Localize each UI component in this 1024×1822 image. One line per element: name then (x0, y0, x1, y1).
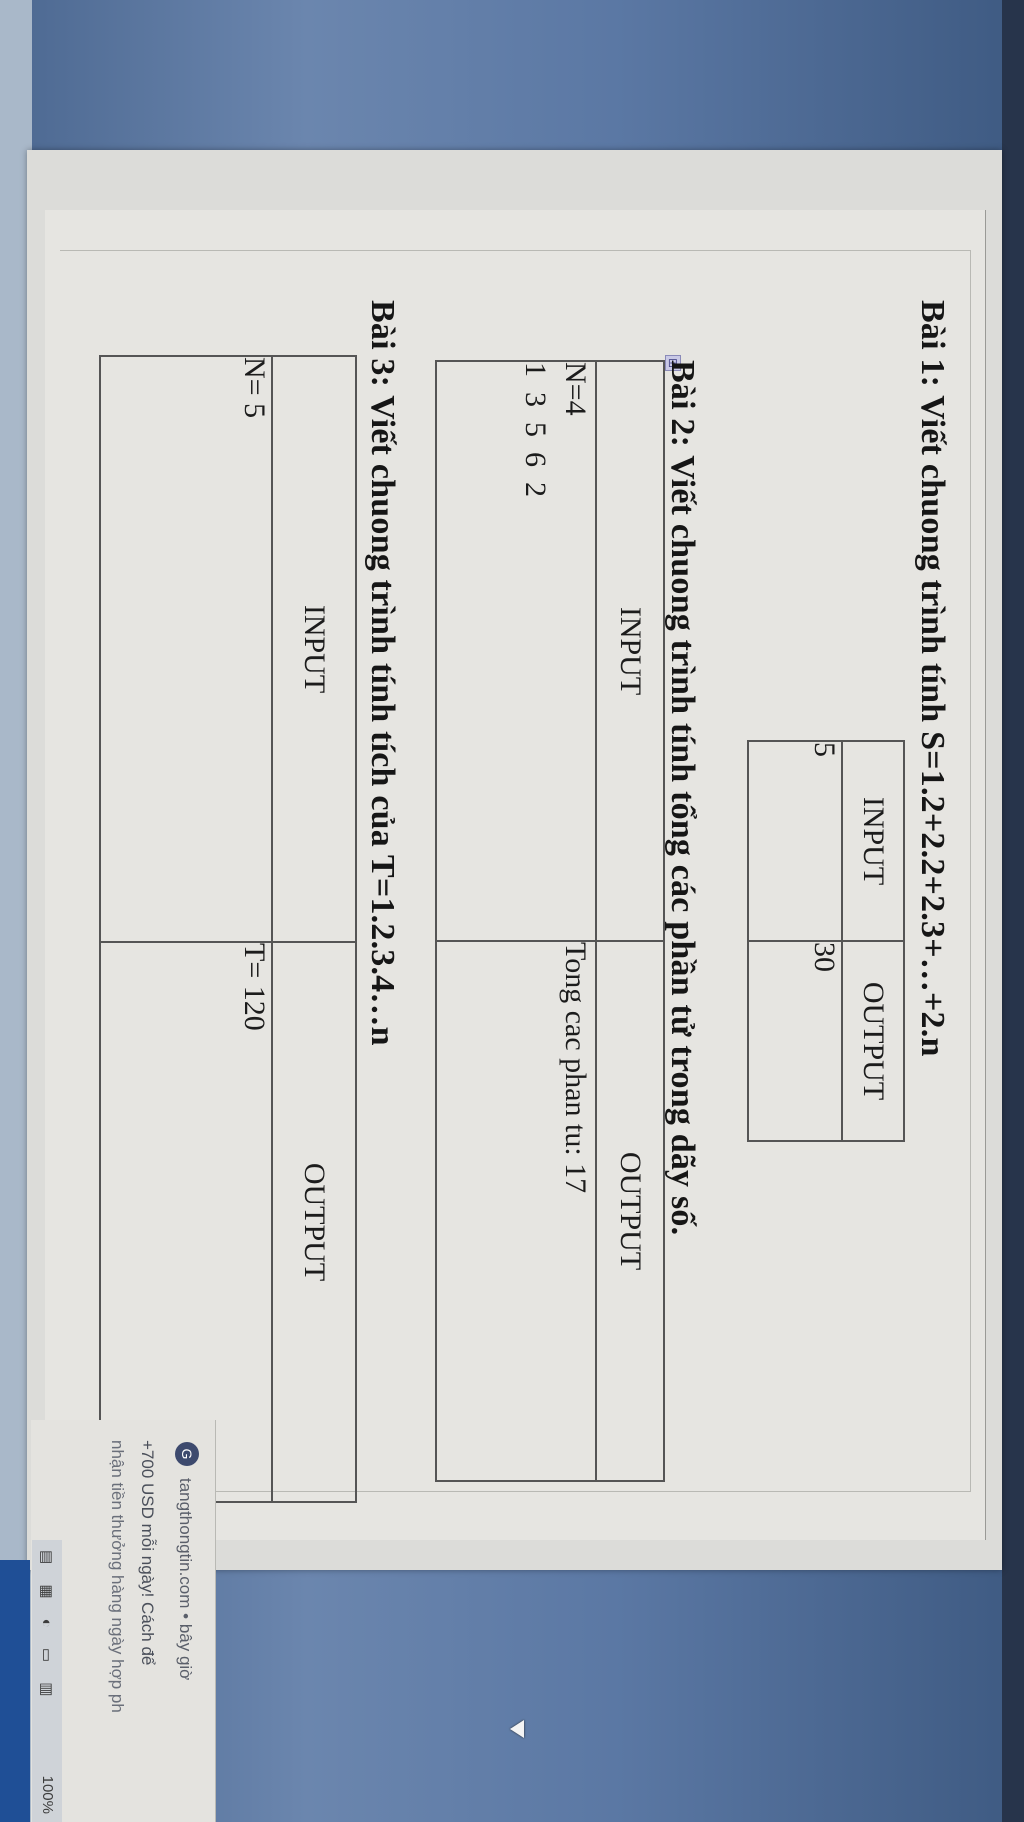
table-row: 5 30 (748, 741, 842, 1141)
table-row: N= 5 T= 120 (100, 356, 272, 1502)
table-cell-input[interactable]: 5 (748, 741, 842, 941)
table-row: N=4 1 3 5 6 2 Tong cac phan tu: 17 (436, 361, 596, 1481)
table-cell-input[interactable]: N=4 1 3 5 6 2 (436, 361, 596, 941)
table-header-output: OUTPUT (596, 941, 664, 1481)
table-header-input: INPUT (596, 361, 664, 941)
table-header-output: OUTPUT (272, 942, 356, 1502)
document-page[interactable]: Bài 1: Viết chuong trình tính S=1.2+2.2+… (45, 210, 986, 1540)
exercise-2-heading: Bài 2: Viết chuong trình tính tổng các p… (663, 360, 701, 1235)
word-document-window: Bài 1: Viết chuong trình tính S=1.2+2.2+… (27, 150, 1002, 1570)
windows-taskbar[interactable] (0, 1560, 30, 1822)
exercise-1-heading: Bài 1: Viết chuong trình tính S=1.2+2.2+… (913, 300, 951, 1057)
exercise-3-table[interactable]: INPUT OUTPUT N= 5 T= 120 (99, 355, 357, 1503)
notification-body: nhận tiền thưởng hàng ngày hợp ph (107, 1440, 127, 1713)
notification-source: tangthongtin.com • bây giờ (175, 1478, 195, 1680)
table-cell-output[interactable]: 30 (748, 941, 842, 1141)
input-line: 1 3 5 6 2 (515, 362, 555, 940)
view-mode-icons[interactable]: ▤ ▦ ◐ ▭ ▥ (38, 1550, 56, 1704)
monitor-bezel (1002, 0, 1024, 1822)
table-cell-output[interactable]: T= 120 (100, 942, 272, 1502)
input-line: N=4 (555, 362, 595, 940)
exercise-2-table[interactable]: INPUT OUTPUT N=4 1 3 5 6 2 Tong cac phan… (435, 360, 665, 1482)
table-header-input: INPUT (272, 356, 356, 942)
monitor-screen: Bài 1: Viết chuong trình tính S=1.2+2.2+… (0, 0, 1024, 1822)
output-line: Tong cac phan tu: 17 (555, 942, 595, 1480)
table-header-input: INPUT (842, 741, 904, 941)
exercise-3-heading: Bài 3: Viết chuong trình tính tích của T… (363, 300, 401, 1046)
word-status-bar: ▤ ▦ ◐ ▭ ▥ 100% (32, 1540, 62, 1822)
zoom-level[interactable]: 100% (39, 1776, 56, 1814)
table-header-output: OUTPUT (842, 941, 904, 1141)
exercise-1-table[interactable]: INPUT OUTPUT 5 30 (747, 740, 905, 1142)
site-logo-icon: G (175, 1442, 199, 1466)
mouse-cursor-icon (510, 1720, 524, 1738)
table-cell-output[interactable]: Tong cac phan tu: 17 (436, 941, 596, 1481)
table-cell-input[interactable]: N= 5 (100, 356, 272, 942)
notification-title: +700 USD mỗi ngày! Cách để (137, 1440, 157, 1665)
